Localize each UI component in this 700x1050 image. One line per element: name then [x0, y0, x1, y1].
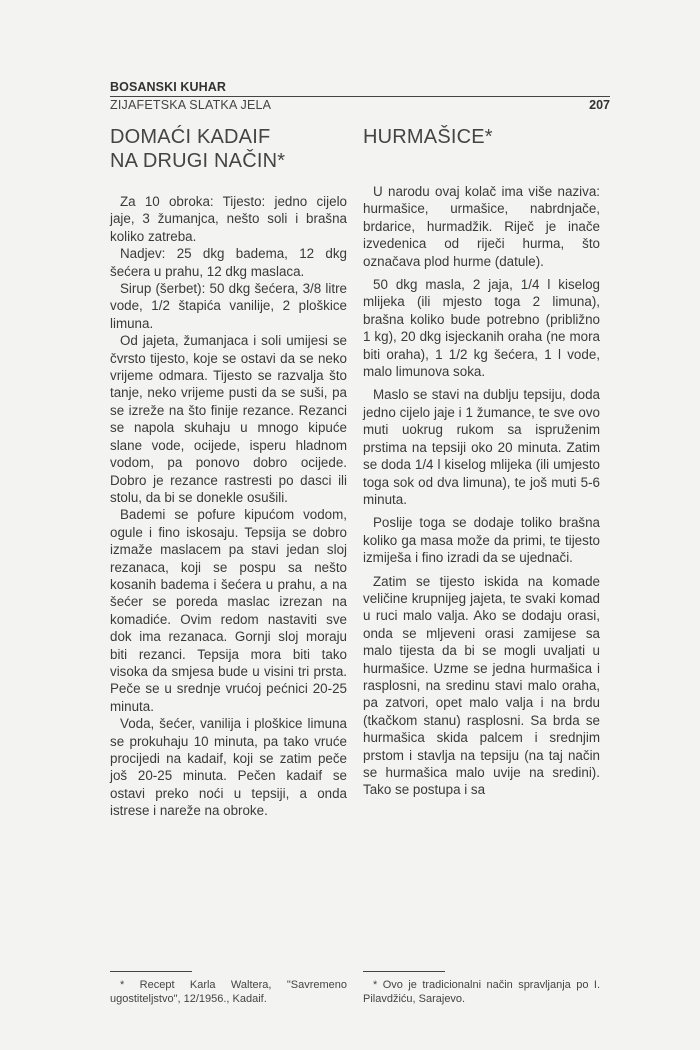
footnote-kadaif: * Recept Karla Waltera, "Savremeno ugost… — [110, 963, 347, 1006]
paragraph: Za 10 obroka: Tijesto: jedno cijelo jaje… — [110, 193, 347, 245]
recipe-title: HURMAŠICE* — [363, 125, 600, 149]
paragraph: Od jajeta, žumanjaca i soli umijesi se č… — [110, 332, 347, 506]
paragraph: Maslo se stavi na dublju tepsiju, doda j… — [363, 386, 600, 508]
recipe-title-kadaif: DOMAĆI KADAIF NA DRUGI NAČIN* — [110, 125, 347, 185]
recipe-body-kadaif: Za 10 obroka: Tijesto: jedno cijelo jaje… — [110, 193, 347, 820]
left-column: DOMAĆI KADAIF NA DRUGI NAČIN* Za 10 obro… — [110, 125, 347, 820]
running-head: BOSANSKI KUHAR ZIJAFETSKA SLATKA JELA 20… — [110, 80, 610, 116]
book-title: BOSANSKI KUHAR — [110, 80, 226, 94]
footnote-rule — [110, 971, 192, 972]
paragraph: Voda, šećer, vanilija i ploškice limuna … — [110, 715, 347, 819]
recipe-body-hurmasice: U narodu ovaj kolač ima više naziva: hur… — [363, 183, 600, 799]
paragraph: Sirup (šerbet): 50 dkg šećera, 3/8 litre… — [110, 280, 347, 332]
paragraph: Zatim se tijesto iskida na komade veliči… — [363, 573, 600, 799]
recipe-title-line-2: NA DRUGI NAČIN* — [110, 149, 347, 173]
footnote-rule — [363, 971, 445, 972]
header-rule — [110, 96, 610, 97]
footnote-text: * Ovo je tradicionalni način spravljanja… — [363, 978, 600, 1006]
paragraph: Poslije toga se dodaje toliko brašna kol… — [363, 514, 600, 566]
recipe-title-hurmasice: HURMAŠICE* — [363, 125, 600, 175]
paragraph: Nadjev: 25 dkg badema, 12 dkg šećera u p… — [110, 245, 347, 280]
paragraph: U narodu ovaj kolač ima više naziva: hur… — [363, 183, 600, 270]
paragraph: 50 dkg masla, 2 jaja, 1/4 l kiselog mlij… — [363, 276, 600, 380]
right-column: HURMAŠICE* U narodu ovaj kolač ima više … — [363, 125, 600, 805]
footnote-text: * Recept Karla Waltera, "Savremeno ugost… — [110, 978, 347, 1006]
book-page: BOSANSKI KUHAR ZIJAFETSKA SLATKA JELA 20… — [110, 80, 610, 116]
chapter-title: ZIJAFETSKA SLATKA JELA — [110, 98, 271, 112]
page-number: 207 — [589, 98, 610, 112]
paragraph: Bademi se pofure kipućom vodom, ogule i … — [110, 506, 347, 715]
footnote-hurmasice: * Ovo je tradicionalni način spravljanja… — [363, 963, 600, 1006]
recipe-title-line-1: DOMAĆI KADAIF — [110, 125, 347, 149]
